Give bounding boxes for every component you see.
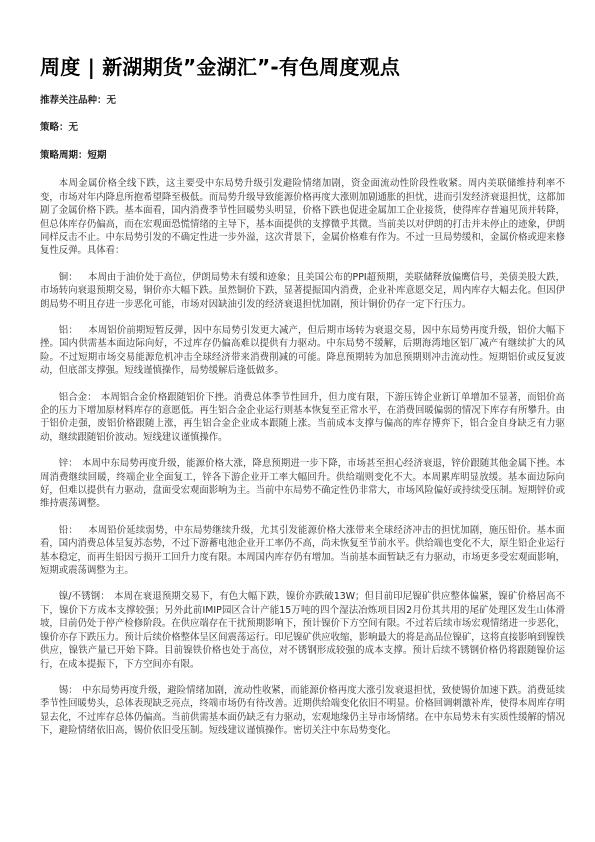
intro-paragraph: 本周金属价格全线下跌，这主要受中东局势升级引发避险情绪加剧，资金面流动性阶段性收… [40,177,565,257]
section-text-lead: 本周铅价延续弱势，中东局势继续升级，尤其引发能源价格大涨带来全球经济冲击的担忧加… [40,525,565,576]
section-text-tin: 中东局势再度升级，避险情绪加剧，流动性收紧，而能源价格再度大涨引发衰退担忧，致使… [40,685,565,736]
section-text-zinc: 本周中东局势再度升级，能源价格大涨，降息预期进一步下降，市场甚至担心经济衰退，锌… [40,458,565,509]
meta-strategy-period: 策略周期：短期 [40,151,565,161]
section-aluminum: 铝：本周铝价前期短暂反弹，因中东局势引发更大减产，但后期市场转为衰退交易，因中东… [40,324,565,378]
section-text-aluminum-alloy: 本周铝合金价格跟随铝价下挫。消费总体季节性回升，但力度有限，下游压铸企业新订单增… [40,392,565,443]
metal-label-nickel-stainless-steel: 镍/不锈钢： [59,591,110,602]
section-lead: 铅：本周铅价延续弱势，中东局势继续升级，尤其引发能源价格大涨带来全球经济冲击的担… [40,524,565,578]
section-text-nickel-stainless-steel: 本周在衰退预期交易下，有色大幅下跌，镍价亦跌破13W；但目前印尼镍矿供应整体偏紧… [40,591,565,669]
meta-strategy: 策略：无 [40,123,565,133]
page-title: 周度 | 新湖期货”金湖汇”-有色周度观点 [40,55,565,80]
section-zinc: 锌：本周中东局势再度升级，能源价格大涨，降息预期进一步下降，市场甚至担心经济衰退… [40,457,565,511]
meta-recommended-varieties: 推荐关注品种：无 [40,96,565,106]
metal-label-aluminum-alloy: 铝合金： [59,392,97,403]
metal-label-lead: 铅： [59,525,78,536]
metal-label-zinc: 锌： [59,458,78,469]
section-text-copper: 本周由于油价处于高位，伊朗局势未有缓和迹象；且美国公布的PPI超预期，美联储释放… [40,272,565,310]
section-tin: 锡：中东局势再度升级，避险情绪加剧，流动性收紧，而能源价格再度大涨引发衰退担忧，… [40,684,565,738]
metal-label-aluminum: 铝： [59,325,78,336]
section-text-aluminum: 本周铝价前期短暂反弹，因中东局势引发更大减产，但后期市场转为衰退交易，因中东局势… [40,325,565,376]
section-nickel-stainless-steel: 镍/不锈钢：本周在衰退预期交易下，有色大幅下跌，镍价亦跌破13W；但目前印尼镍矿… [40,590,565,670]
section-aluminum-alloy: 铝合金：本周铝合金价格跟随铝价下挫。消费总体季节性回升，但力度有限，下游压铸企业… [40,391,565,445]
metal-label-tin: 锡： [59,685,78,696]
metal-label-copper: 铜： [59,272,78,283]
section-copper: 铜：本周由于油价处于高位，伊朗局势未有缓和迹象；且美国公布的PPI超预期，美联储… [40,271,565,311]
document-page: 周度 | 新湖期货”金湖汇”-有色周度观点 推荐关注品种：无 策略：无 策略周期… [0,0,595,842]
